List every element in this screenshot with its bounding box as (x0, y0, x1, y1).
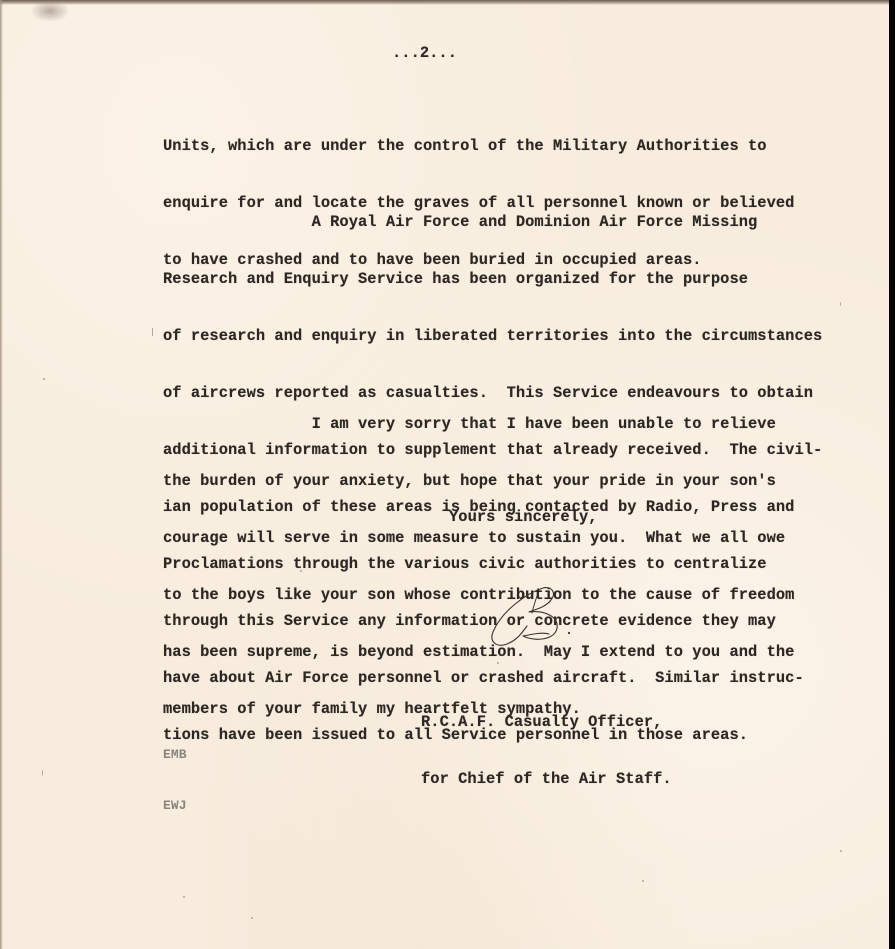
paper-speck (642, 880, 644, 882)
scan-right-border (889, 0, 895, 949)
reference-initials-line: EMB (163, 746, 194, 763)
paper-speck (251, 917, 253, 919)
paper-speck (840, 302, 841, 306)
text-line: Units, which are under the control of th… (163, 137, 794, 156)
signatory-title: R.C.A.F. Casualty Officer, for Chief of … (421, 675, 672, 827)
text-line: A Royal Air Force and Dominion Air Force… (163, 213, 822, 232)
text-line: has been supreme, is beyond estimation. … (163, 643, 794, 662)
paper-speck (43, 378, 45, 380)
text-line: I am very sorry that I have been unable … (163, 415, 794, 434)
paper-speck (152, 328, 153, 336)
signatory-title-line-1: R.C.A.F. Casualty Officer, (421, 713, 672, 732)
scan-top-shadow (0, 0, 889, 5)
text-line: of research and enquiry in liberated ter… (163, 327, 822, 346)
scan-left-edge (0, 0, 3, 949)
signatory-title-line-2: for Chief of the Air Staff. (421, 770, 672, 789)
paper-speck (42, 770, 43, 776)
page-number: ...2... (392, 44, 457, 63)
handwritten-signature (485, 582, 585, 652)
letter-page: ...2... Units, which are under the contr… (0, 0, 889, 949)
text-line: courage will serve in some measure to su… (163, 529, 794, 548)
closing-salutation: Yours sincerely, (449, 508, 598, 527)
paper-speck (840, 850, 842, 852)
scan-smudge (30, 0, 70, 22)
text-line: Research and Enquiry Service has been or… (163, 270, 822, 289)
text-line: the burden of your anxiety, but hope tha… (163, 472, 794, 491)
reference-initials: EMB EWJ (163, 712, 194, 848)
reference-initials-line: EWJ (163, 797, 194, 814)
paper-speck (183, 896, 185, 898)
text-line: to the boys like your son whose contribu… (163, 586, 794, 605)
